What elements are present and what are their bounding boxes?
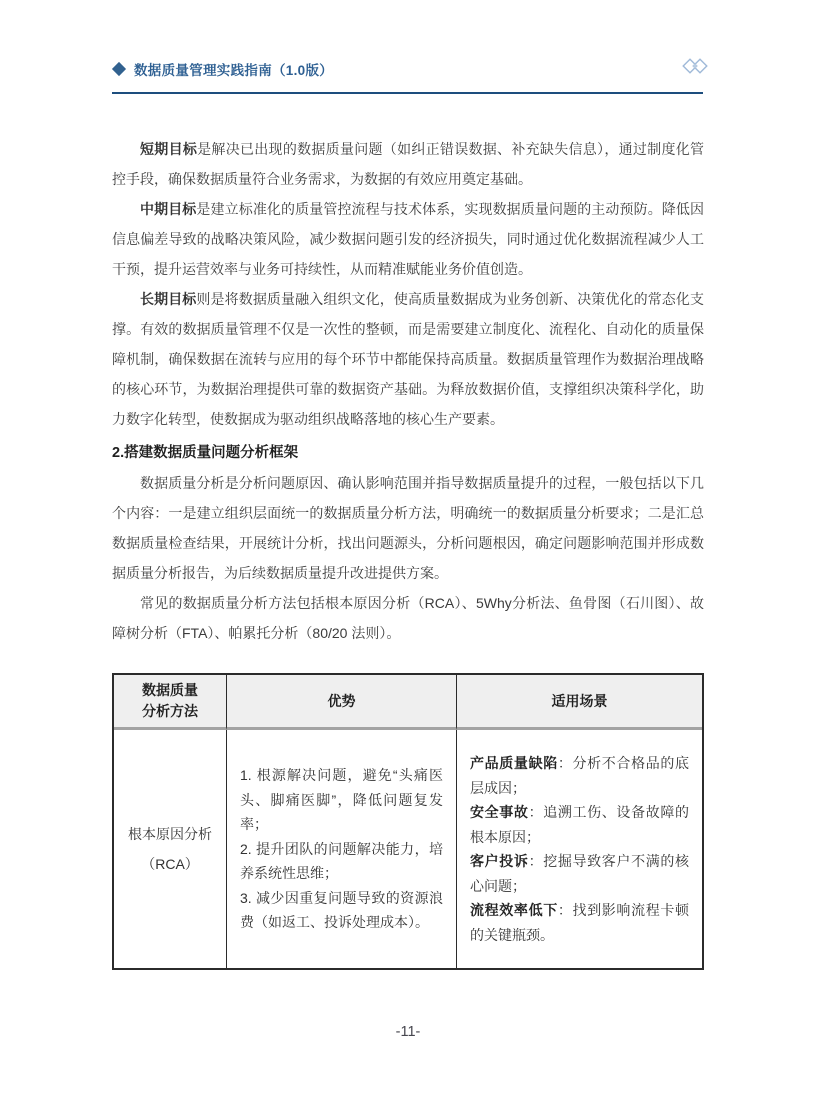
paragraph-lead: 长期目标 [140,291,196,307]
paragraph-text: 则是将数据质量融入组织文化，使高质量数据成为业务创新、决策优化的常态化支撑。有效… [112,291,704,427]
scenario-item: 产品质量缺陷：分析不合格品的底层成因； [470,751,689,800]
table-header-advantage: 优势 [226,675,456,730]
paragraph-long-term: 长期目标则是将数据质量融入组织文化，使高质量数据成为业务创新、决策优化的常态化支… [112,284,704,434]
scenario-item: 客户投诉：挖掘导致客户不满的核心问题； [470,849,689,898]
document-page: 数据质量管理实践指南（1.0版） 短期目标是解决已出现的数据质量问题（如纠正错误… [0,0,816,1100]
cell-advantages: 1. 根源解决问题，避免“头痛医头、脚痛医脚”，降低问题复发率； 2. 提升团队… [226,730,456,968]
page-header: 数据质量管理实践指南（1.0版） [112,55,703,94]
page-number: -11- [0,1024,816,1040]
paragraph-lead: 中期目标 [140,201,196,217]
page-title: 数据质量管理实践指南（1.0版） [134,59,681,79]
document-body: 短期目标是解决已出现的数据质量问题（如纠正错误数据、补充缺失信息），通过制度化管… [112,90,704,970]
table-header-row: 数据质量 分析方法 优势 适用场景 [114,675,702,730]
double-diamond-icon [681,55,709,82]
paragraph-lead: 短期目标 [140,141,197,157]
paragraph-text: 是建立标准化的质量管控流程与技术体系，实现数据质量问题的主动预防。降低因信息偏差… [112,201,704,277]
advantage-item: 1. 根源解决问题，避免“头痛医头、脚痛医脚”，降低问题复发率； [240,763,443,837]
paragraph-text: 是解决已出现的数据质量问题（如纠正错误数据、补充缺失信息），通过制度化管控手段，… [112,141,704,187]
diamond-icon [112,61,126,75]
cell-method-name: 根本原因分析 （RCA） [114,730,226,968]
scenario-term: 流程效率低下 [470,902,558,918]
paragraph-short-term: 短期目标是解决已出现的数据质量问题（如纠正错误数据、补充缺失信息），通过制度化管… [112,134,704,194]
scenario-term: 客户投诉 [470,853,529,869]
section-heading: 2.搭建数据质量问题分析框架 [112,438,704,468]
table-header-scenario: 适用场景 [456,675,702,730]
paragraph-mid-term: 中期目标是建立标准化的质量管控流程与技术体系，实现数据质量问题的主动预防。降低因… [112,194,704,284]
advantage-item: 3. 减少因重复问题导致的资源浪费（如返工、投诉处理成本）。 [240,886,443,935]
scenario-item: 安全事故：追溯工伤、设备故障的根本原因； [470,800,689,849]
analysis-methods-table: 数据质量 分析方法 优势 适用场景 根本原因分析 （RCA） 1. 根源解决问题… [112,673,704,970]
scenario-term: 安全事故 [470,804,529,820]
paragraph-analysis-methods: 常见的数据质量分析方法包括根本原因分析（RCA）、5Why分析法、鱼骨图（石川图… [112,588,704,648]
cell-scenarios: 产品质量缺陷：分析不合格品的底层成因； 安全事故：追溯工伤、设备故障的根本原因；… [456,730,702,968]
scenario-term: 产品质量缺陷 [470,755,558,771]
advantage-item: 2. 提升团队的问题解决能力，培养系统性思维； [240,837,443,886]
scenario-item: 流程效率低下：找到影响流程卡顿的关键瓶颈。 [470,898,689,947]
table-header-method: 数据质量 分析方法 [114,675,226,730]
table-row: 根本原因分析 （RCA） 1. 根源解决问题，避免“头痛医头、脚痛医脚”，降低问… [114,730,702,968]
paragraph-analysis-definition: 数据质量分析是分析问题原因、确认影响范围并指导数据质量提升的过程，一般包括以下几… [112,468,704,588]
